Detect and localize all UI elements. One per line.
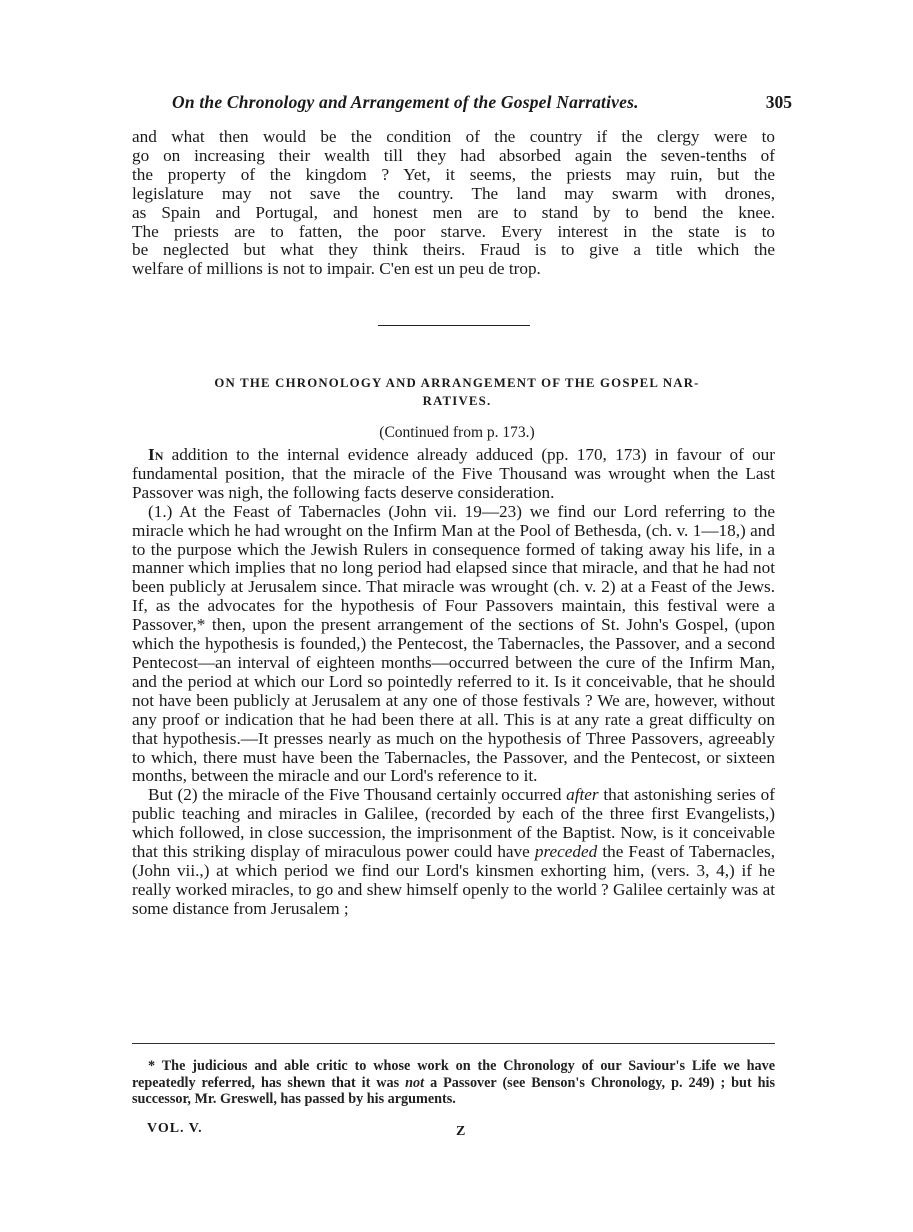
dropcap-word: In: [148, 445, 163, 464]
intro-paragraph: In addition to the internal evidence alr…: [132, 446, 775, 503]
intro-text: addition to the internal evidence alread…: [132, 445, 775, 502]
continuation-line: as Spain and Portugal, and honest men ar…: [132, 204, 775, 223]
section-divider: [378, 325, 530, 326]
article-title-line-1: ON THE CHRONOLOGY AND ARRANGEMENT OF THE…: [132, 374, 782, 392]
footnote-emphasis: not: [405, 1075, 424, 1091]
footnote: * The judicious and able critic to whose…: [132, 1058, 775, 1108]
continuation-line: go on increasing their wealth till they …: [132, 147, 775, 166]
continuation-line: The priests are to fatten, the poor star…: [132, 223, 775, 242]
signature-mark: Z: [456, 1124, 465, 1140]
footnote-text: * The judicious and able critic to whose…: [132, 1058, 775, 1108]
running-head: On the Chronology and Arrangement of the…: [172, 92, 792, 114]
page-number: 305: [766, 92, 792, 113]
article-title: ON THE CHRONOLOGY AND ARRANGEMENT OF THE…: [132, 374, 782, 410]
continuation-line: and what then would be the condition of …: [132, 128, 775, 147]
emphasis-after: after: [566, 785, 598, 804]
continuation-line: welfare of millions is not to impair. C'…: [132, 260, 775, 279]
continuation-line: be neglected but what they think theirs.…: [132, 241, 775, 260]
point-2-text: But (2) the miracle of the Five Thousand…: [148, 785, 566, 804]
book-page: On the Chronology and Arrangement of the…: [0, 0, 913, 1232]
point-2-paragraph: But (2) the miracle of the Five Thousand…: [132, 786, 775, 918]
running-head-title: On the Chronology and Arrangement of the…: [172, 92, 639, 113]
continuation-line: legislature may not save the country. Th…: [132, 185, 775, 204]
article-body: In addition to the internal evidence alr…: [132, 446, 775, 919]
footnote-rule: [132, 1043, 775, 1044]
continued-note: (Continued from p. 173.): [132, 424, 782, 442]
continuation-line: the property of the kingdom ? Yet, it se…: [132, 166, 775, 185]
emphasis-preceded: preceded: [535, 842, 597, 861]
volume-signature: VOL. V.: [147, 1121, 203, 1137]
continuation-paragraph: and what then would be the condition of …: [132, 128, 775, 279]
article-title-line-2: RATIVES.: [132, 392, 782, 410]
point-1-paragraph: (1.) At the Feast of Tabernacles (John v…: [132, 503, 775, 787]
